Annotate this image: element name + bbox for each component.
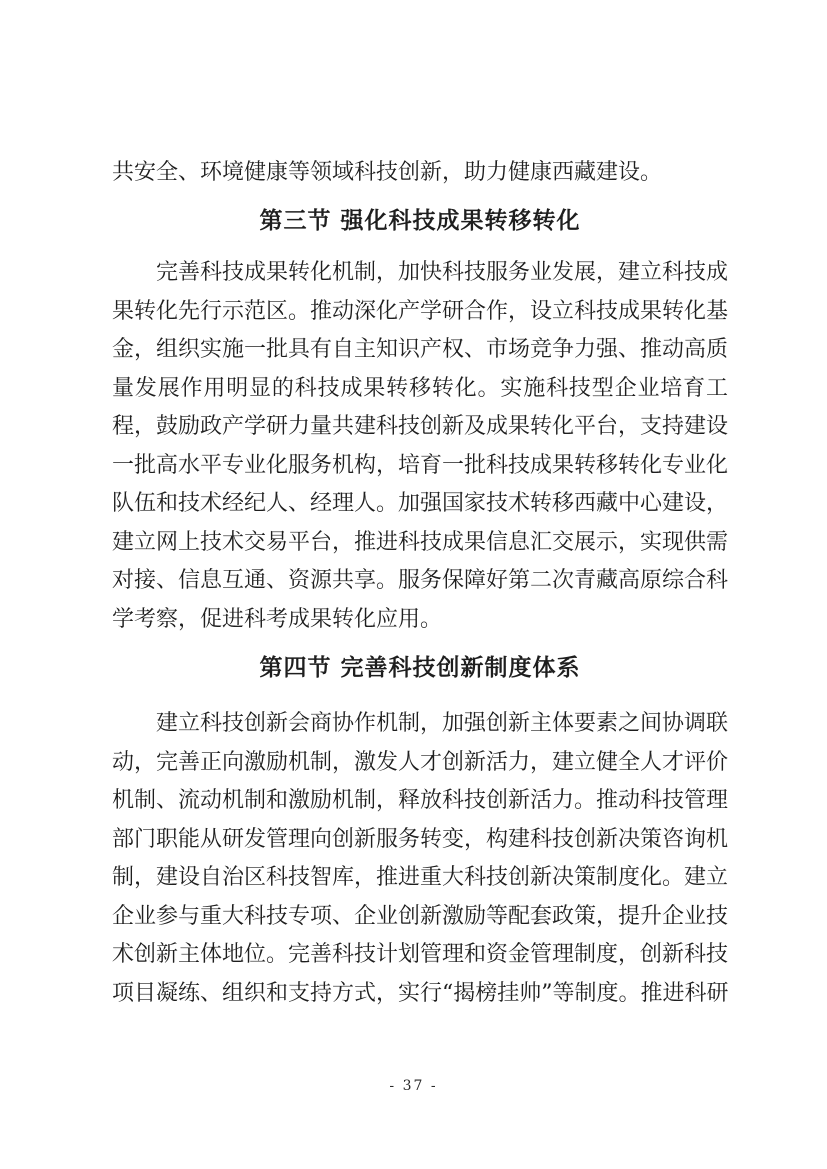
text-line: 部门职能从研发管理向创新服务转变，构建科技创新决策咨询机	[112, 821, 728, 860]
section3-paragraph: 完善科技成果转化机制，加快科技服务业发展，建立科技成 果转化先行示范区。推动深化…	[112, 254, 728, 639]
text-line: 程，鼓励政产学研力量共建科技创新及成果转化平台，支持建设	[112, 408, 728, 447]
text-line: 完善科技成果转化机制，加快科技服务业发展，建立科技成	[112, 254, 728, 293]
text-line: 企业参与重大科技专项、企业创新激励等配套政策，提升企业技	[112, 898, 728, 937]
text-line: 项目凝练、组织和支持方式，实行“揭榜挂帅”等制度。推进科研	[112, 975, 728, 1014]
text-line: 一批高水平专业化服务机构，培育一批科技成果转移转化专业化	[112, 447, 728, 486]
section3-heading: 第三节 强化科技成果转移转化	[112, 206, 728, 236]
text-line: 术创新主体地位。完善科技计划管理和资金管理制度，创新科技	[112, 936, 728, 975]
page-number: - 37 -	[0, 1078, 827, 1094]
text-line: 对接、信息互通、资源共享。服务保障好第二次青藏高原综合科	[112, 562, 728, 601]
text-line: 共安全、环境健康等领域科技创新，助力健康西藏建设。	[112, 154, 728, 193]
section4-paragraph: 建立科技创新会商协作机制，加强创新主体要素之间协调联 动，完善正向激励机制，激发…	[112, 705, 728, 1013]
section4-heading: 第四节 完善科技创新制度体系	[112, 653, 728, 683]
intro-paragraph: 共安全、环境健康等领域科技创新，助力健康西藏建设。	[112, 154, 728, 193]
text-line: 学考察，促进科考成果转化应用。	[112, 601, 728, 640]
text-line: 建立科技创新会商协作机制，加强创新主体要素之间协调联	[112, 705, 728, 744]
text-line: 建立网上技术交易平台，推进科技成果信息汇交展示，实现供需	[112, 524, 728, 563]
text-line: 果转化先行示范区。推动深化产学研合作，设立科技成果转化基	[112, 293, 728, 332]
text-line: 制，建设自治区科技智库，推进重大科技创新决策制度化。建立	[112, 859, 728, 898]
text-line: 队伍和技术经纪人、经理人。加强国家技术转移西藏中心建设，	[112, 485, 728, 524]
text-line: 动，完善正向激励机制，激发人才创新活力，建立健全人才评价	[112, 744, 728, 783]
text-line: 金，组织实施一批具有自主知识产权、市场竞争力强、推动高质	[112, 331, 728, 370]
text-line: 机制、流动机制和激励机制，释放科技创新活力。推动科技管理	[112, 782, 728, 821]
document-page: 共安全、环境健康等领域科技创新，助力健康西藏建设。 第三节 强化科技成果转移转化…	[0, 0, 827, 1169]
text-line: 量发展作用明显的科技成果转移转化。实施科技型企业培育工	[112, 370, 728, 409]
